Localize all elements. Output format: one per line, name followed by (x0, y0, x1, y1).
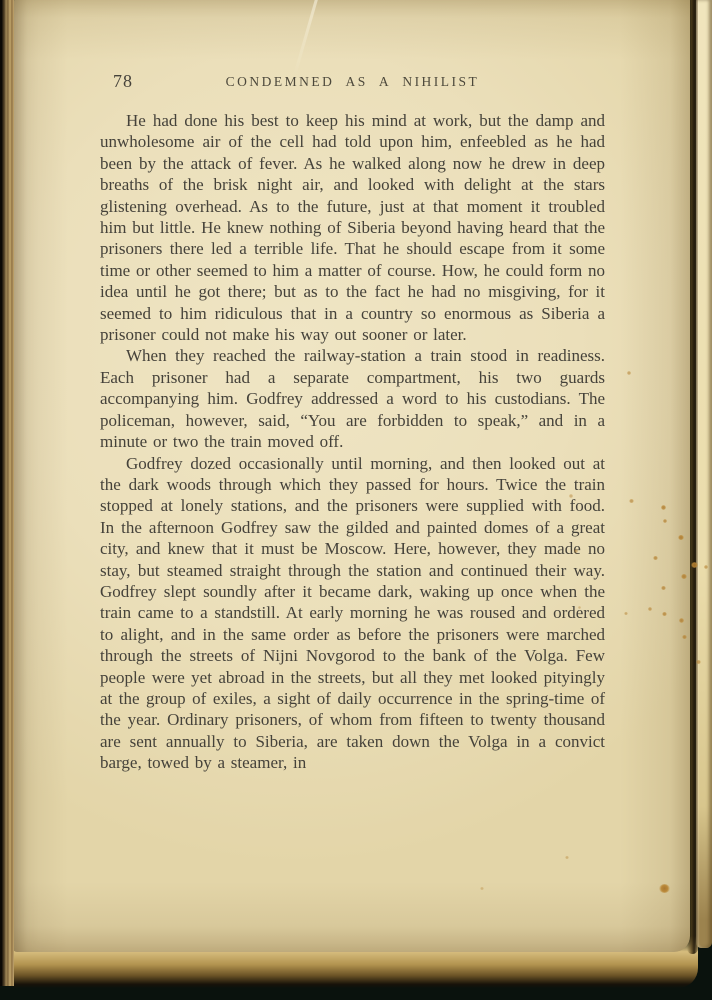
page-text: He had done his best to keep his mind at… (100, 110, 605, 774)
book-scan: 78 CONDEMNED AS A NIHILIST He had done h… (0, 0, 712, 1000)
foxing-spot (663, 519, 667, 523)
foxing-spot (627, 371, 631, 375)
foxing-spot (681, 574, 687, 579)
foxing-spot (691, 562, 698, 568)
running-header: CONDEMNED AS A NIHILIST (100, 74, 605, 90)
binding-edge (0, 0, 14, 986)
foxing-spot (578, 606, 581, 609)
book-page: 78 CONDEMNED AS A NIHILIST He had done h… (13, 0, 690, 952)
paragraph: He had done his best to keep his mind at… (100, 110, 605, 345)
foxing-spot (648, 607, 652, 611)
foxing-spot (661, 505, 666, 510)
foxing-spot (696, 660, 701, 664)
foxing-spot (679, 618, 684, 623)
page-header: 78 CONDEMNED AS A NIHILIST (100, 74, 605, 94)
paragraph: Godfrey dozed occasionally until morning… (100, 453, 605, 774)
foxing-spot (629, 499, 634, 503)
foxing-spot (480, 887, 484, 890)
foxing-spot (653, 556, 658, 560)
foxing-spot (678, 535, 684, 540)
foxing-spot (624, 612, 628, 615)
foxing-spot (659, 884, 670, 893)
foxing-spot (661, 586, 666, 590)
adjacent-page-edge (696, 0, 712, 948)
foxing-spot (574, 549, 578, 553)
foxing-spot (662, 612, 667, 616)
paper-crease (293, 0, 319, 75)
foxing-spot (569, 494, 573, 498)
foxing-spot (565, 856, 569, 859)
page-number: 78 (113, 71, 133, 92)
foxing-spot (682, 635, 687, 639)
paragraph: When they reached the railway-station a … (100, 345, 605, 452)
foxing-spot (704, 565, 708, 569)
